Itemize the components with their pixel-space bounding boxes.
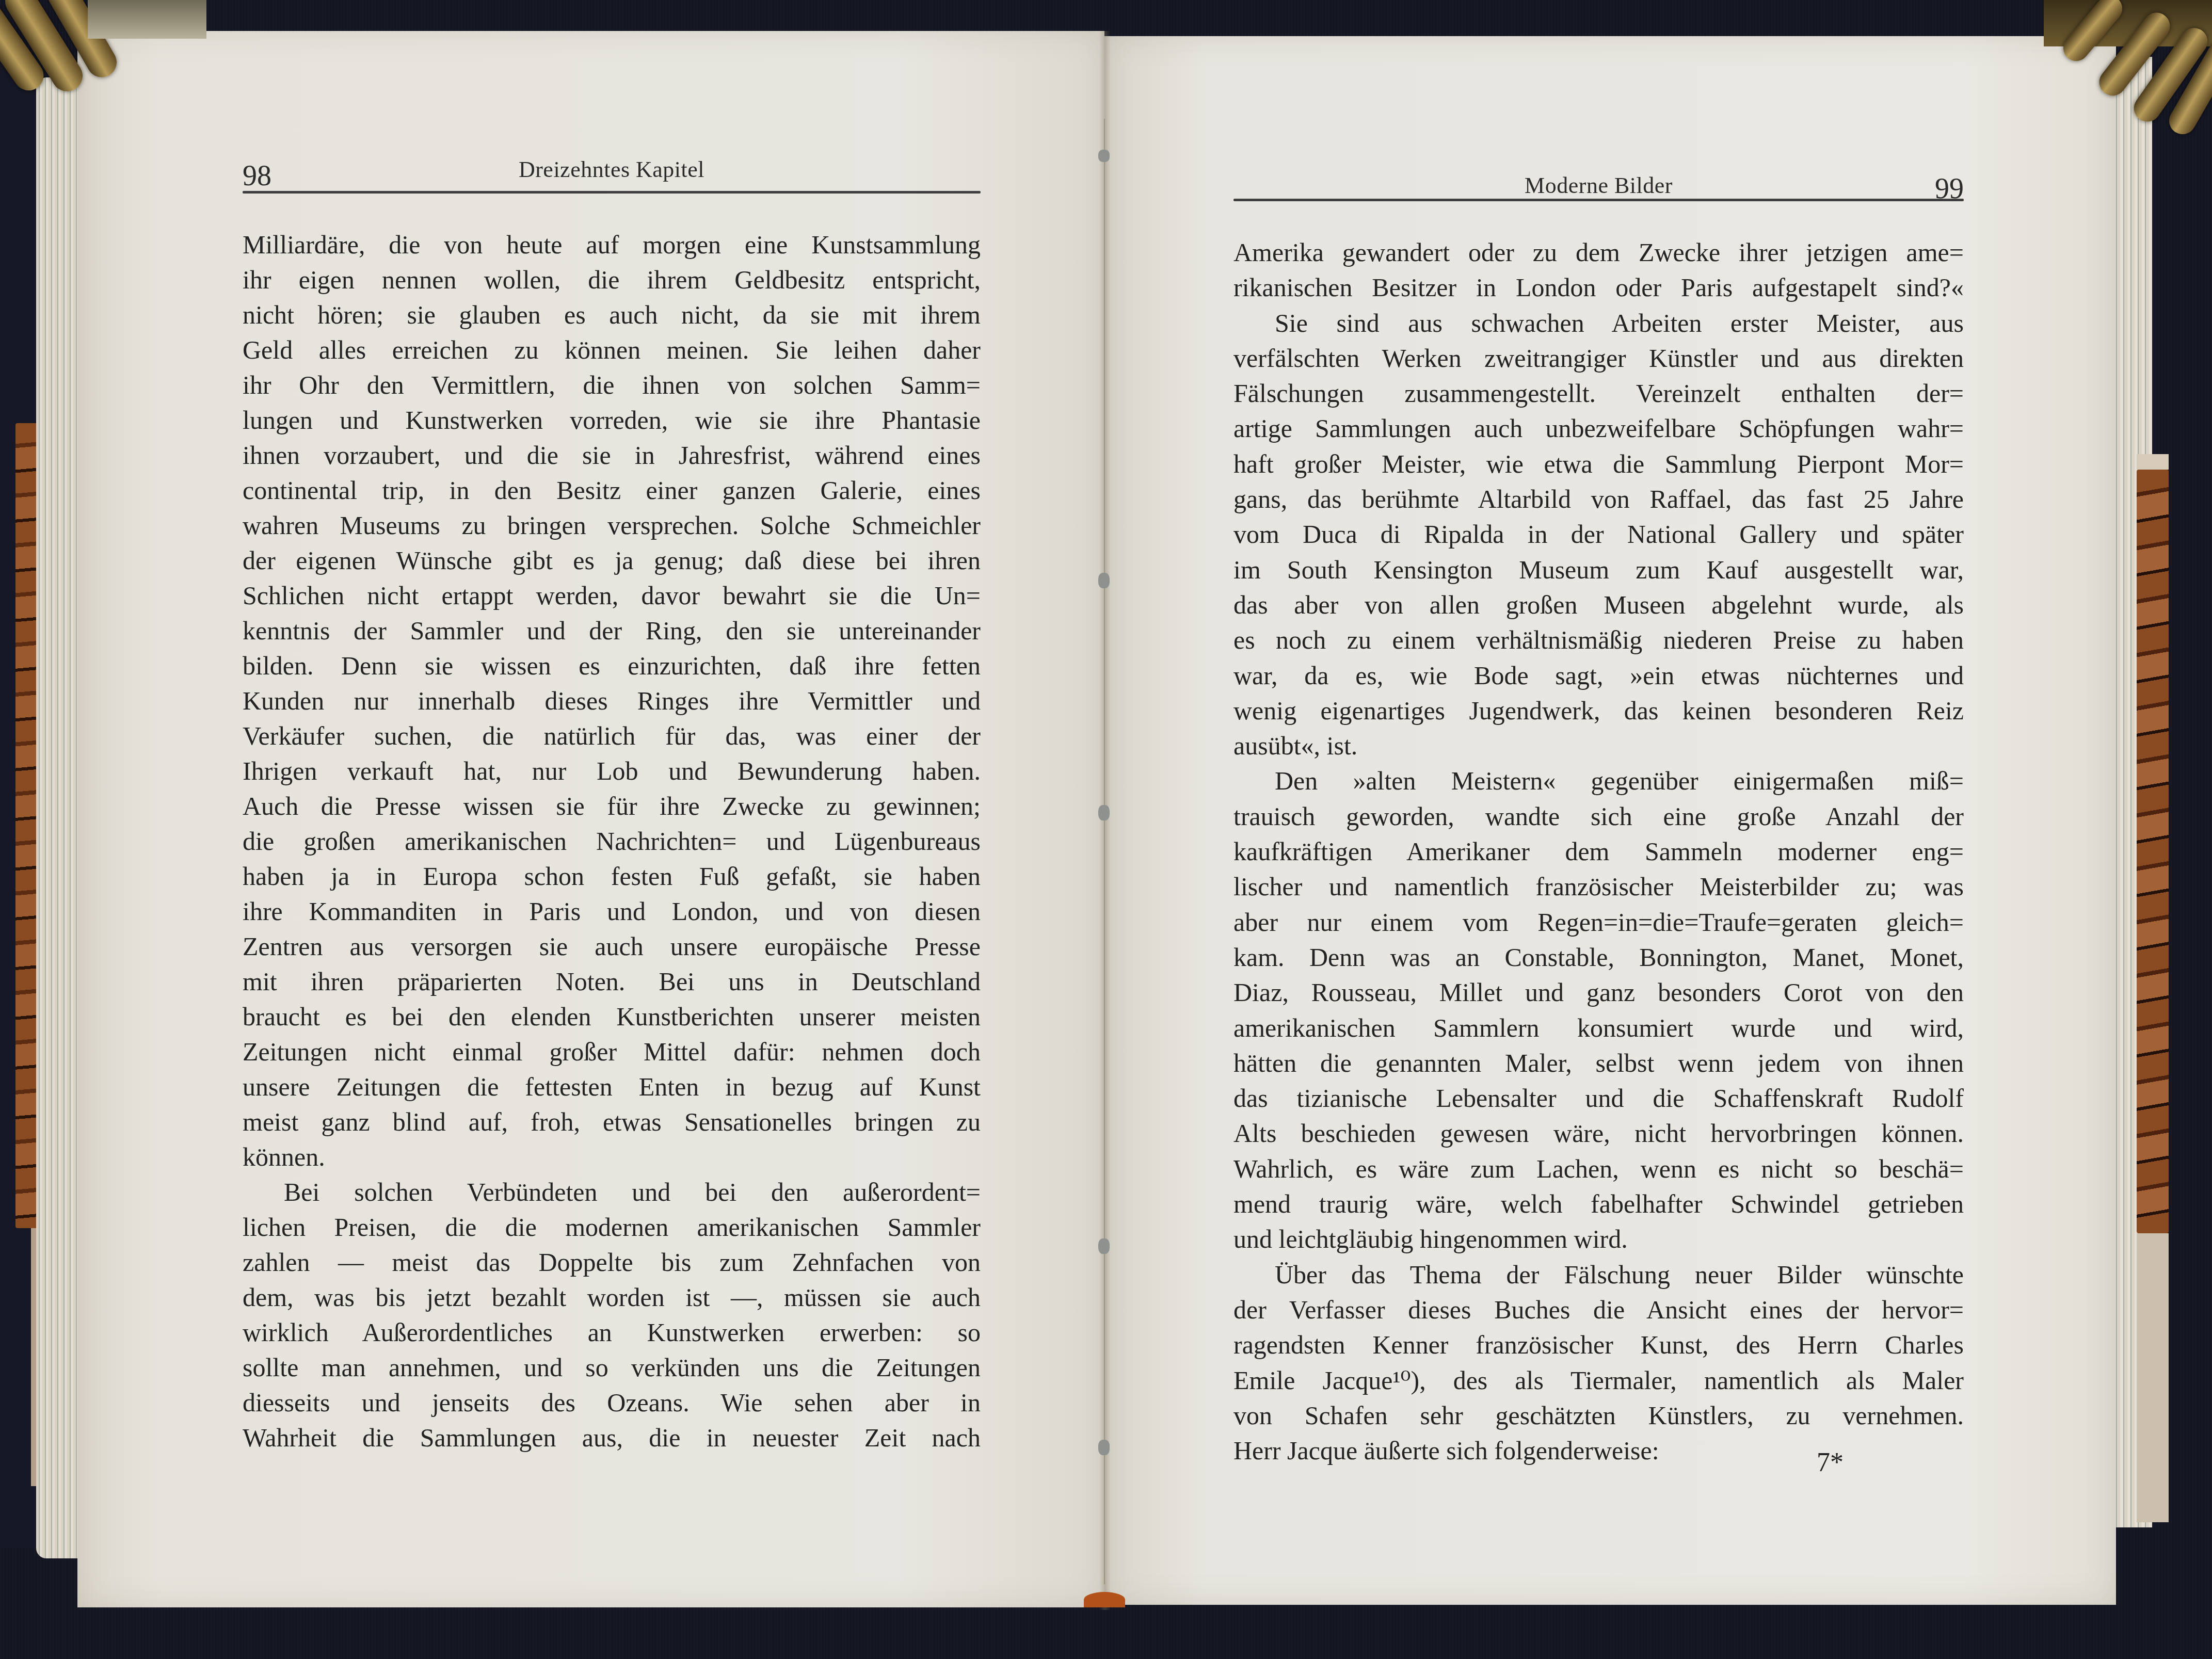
section-title: Moderne Bilder bbox=[1233, 172, 1964, 199]
text-line: haben ja in Europa schon festen Fuß gefa… bbox=[243, 859, 981, 894]
text-line: rikanischen Besitzer in London oder Pari… bbox=[1233, 270, 1964, 305]
text-line: ausübt«, ist. bbox=[1233, 728, 1964, 763]
book-gutter bbox=[1099, 31, 1111, 1610]
text-line: Ihrigen verkauft hat, nur Lob und Bewund… bbox=[243, 753, 981, 788]
text-line: Auch die Presse wissen sie für ihre Zwec… bbox=[243, 788, 981, 824]
text-line: Über das Thema der Fälschung neuer Bilde… bbox=[1233, 1257, 1964, 1292]
text-line: artige Sammlungen auch unbezweifelbare S… bbox=[1233, 411, 1964, 446]
text-line: Wahrheit die Sammlungen aus, die in neue… bbox=[243, 1420, 981, 1455]
text-line: lichen Preisen, die die modernen amerika… bbox=[243, 1210, 981, 1245]
text-line: gans, das berühmte Altarbild von Raffael… bbox=[1233, 481, 1964, 517]
text-line: wirklich Außerordentliches an Kunstwerke… bbox=[243, 1315, 981, 1350]
binding-stitch bbox=[1098, 150, 1110, 162]
text-line: ihr Ohr den Vermittlern, die ihnen von s… bbox=[243, 367, 981, 402]
text-line: ihr eigen nennen wollen, die ihrem Geldb… bbox=[243, 262, 981, 297]
text-line: können. bbox=[243, 1139, 981, 1174]
text-line: diesseits und jenseits des Ozeans. Wie s… bbox=[243, 1385, 981, 1420]
text-line: kam. Denn was an Constable, Bonnington, … bbox=[1233, 940, 1964, 975]
text-line: das tizianische Lebensalter und die Scha… bbox=[1233, 1081, 1964, 1116]
text-line: haft großer Meister, wie etwa die Sammlu… bbox=[1233, 446, 1964, 481]
text-line: ihnen vorzaubert, und die sie in Jahresf… bbox=[243, 438, 981, 473]
text-line: sollte man annehmen, und so verkünden un… bbox=[243, 1350, 981, 1385]
text-line: und leichtgläubig hingenommen wird. bbox=[1233, 1221, 1964, 1257]
text-line: ihre Kommanditen in Paris und London, un… bbox=[243, 894, 981, 929]
text-line: zahlen — meist das Doppelte bis zum Zehn… bbox=[243, 1245, 981, 1280]
text-line: Kunden nur innerhalb dieses Ringes ihre … bbox=[243, 683, 981, 718]
brass-clip-left-icon bbox=[0, 0, 134, 119]
text-line: Emile Jacque¹⁰), des als Tiermaler, name… bbox=[1233, 1363, 1964, 1398]
text-line: Diaz, Rousseau, Millet und ganz besonder… bbox=[1233, 975, 1964, 1010]
text-line: amerikanischen Sammlern konsumiert wurde… bbox=[1233, 1010, 1964, 1045]
header-rule bbox=[243, 191, 981, 194]
spine-headband bbox=[1084, 1592, 1125, 1607]
text-line: im South Kensington Museum zum Kauf ausg… bbox=[1233, 552, 1964, 587]
text-line: Fälschungen zusammengestellt. Vereinzelt… bbox=[1233, 376, 1964, 411]
text-line: Zeitungen nicht einmal großer Mittel daf… bbox=[243, 1034, 981, 1069]
text-line: der Verfasser dieses Buches die Ansicht … bbox=[1233, 1292, 1964, 1327]
text-line: Wahrlich, es wäre zum Lachen, wenn es ni… bbox=[1233, 1151, 1964, 1186]
text-line: wahren Museums zu bringen versprechen. S… bbox=[243, 508, 981, 543]
running-head-right: Moderne Bilder 99 bbox=[1233, 160, 1964, 201]
chapter-title: Dreizehntes Kapitel bbox=[243, 156, 981, 183]
text-line: bilden. Denn sie wissen es einzurichten,… bbox=[243, 648, 981, 683]
binding-stitch bbox=[1098, 573, 1110, 588]
binding-stitch bbox=[1098, 805, 1110, 820]
gutter-fold bbox=[1104, 119, 1105, 1584]
text-line: wenig eigenartiges Jugendwerk, das keine… bbox=[1233, 693, 1964, 728]
text-line: Milliardäre, die von heute auf morgen ei… bbox=[243, 227, 981, 262]
signature-mark: 7* bbox=[1817, 1447, 1844, 1478]
text-line: lungen und Kunstwerken vorreden, wie sie… bbox=[243, 402, 981, 438]
text-line: es noch zu einem verhältnismäßig niedere… bbox=[1233, 622, 1964, 657]
text-line: verfälschten Werken zweitrangiger Künstl… bbox=[1233, 341, 1964, 376]
text-line: vom Duca di Ripalda in der National Gall… bbox=[1233, 517, 1964, 552]
binding-stitch bbox=[1098, 1238, 1110, 1254]
header-rule bbox=[1233, 199, 1964, 201]
text-line: dem, was bis jetzt bezahlt worden ist —,… bbox=[243, 1280, 981, 1315]
binding-stitch bbox=[1098, 1440, 1110, 1455]
running-head-left: 98 Dreizehntes Kapitel bbox=[243, 152, 981, 194]
text-line: hätten die genannten Maler, selbst wenn … bbox=[1233, 1045, 1964, 1081]
text-line: war, da es, wie Bode sagt, »ein etwas nü… bbox=[1233, 658, 1964, 693]
text-line: Verkäufer suchen, die natürlich für das,… bbox=[243, 718, 981, 753]
text-line: der eigenen Wünsche gibt es ja genug; da… bbox=[243, 543, 981, 578]
text-line: von Schafen sehr geschätzten Künstlers, … bbox=[1233, 1398, 1964, 1433]
text-line: Den »alten Meistern« gegenüber einigerma… bbox=[1233, 763, 1964, 798]
marbled-endpaper-right bbox=[2137, 470, 2169, 1233]
text-line: mend traurig wäre, welch fabelhafter Sch… bbox=[1233, 1186, 1964, 1221]
text-line: Alts beschieden gewesen wäre, nicht herv… bbox=[1233, 1116, 1964, 1151]
text-line: aber nur einem vom Regen=in=die=Traufe=g… bbox=[1233, 905, 1964, 940]
text-line: Amerika gewandert oder zu dem Zwecke ihr… bbox=[1233, 235, 1964, 270]
clip-base bbox=[88, 0, 206, 39]
text-line: trauisch geworden, wandte sich eine groß… bbox=[1233, 799, 1964, 834]
text-line: das aber von allen großen Museen abgeleh… bbox=[1233, 587, 1964, 622]
text-line: ragendsten Kenner französischer Kunst, d… bbox=[1233, 1327, 1964, 1362]
text-line: Geld alles erreichen zu können meinen. S… bbox=[243, 332, 981, 367]
text-line: kenntnis der Sammler und der Ring, den s… bbox=[243, 613, 981, 648]
text-line: lischer und namentlich französischer Mei… bbox=[1233, 869, 1964, 904]
text-line: braucht es bei den elenden Kunstberichte… bbox=[243, 999, 981, 1034]
text-line: continental trip, in den Besitz einer ga… bbox=[243, 473, 981, 508]
left-page-body: Milliardäre, die von heute auf morgen ei… bbox=[243, 227, 981, 1455]
text-line: die großen amerikanischen Nachrichten= u… bbox=[243, 824, 981, 859]
cover-corner-right-top bbox=[2137, 454, 2169, 470]
text-line: mit ihren präparierten Noten. Bei uns in… bbox=[243, 964, 981, 999]
text-line: kaufkräftigen Amerikaner dem Sammeln mod… bbox=[1233, 834, 1964, 869]
brass-clip-right-icon bbox=[2002, 0, 2212, 155]
cover-corner-right-bottom bbox=[2137, 1233, 2169, 1522]
text-line: meist ganz blind auf, froh, etwas Sensat… bbox=[243, 1104, 981, 1139]
text-line: nicht hören; sie glauben es auch nicht, … bbox=[243, 297, 981, 332]
text-line: Herr Jacque äußerte sich folgenderweise: bbox=[1233, 1433, 1964, 1468]
right-page-body: Amerika gewandert oder zu dem Zwecke ihr… bbox=[1233, 235, 1964, 1468]
text-line: Bei solchen Verbündeten und bei den auße… bbox=[243, 1174, 981, 1210]
text-line: Sie sind aus schwachen Arbeiten erster M… bbox=[1233, 305, 1964, 341]
text-line: unsere Zeitungen die fettesten Enten in … bbox=[243, 1069, 981, 1104]
text-line: Zentren aus versorgen sie auch unsere eu… bbox=[243, 929, 981, 964]
text-line: Schlichen nicht ertappt werden, davor be… bbox=[243, 578, 981, 613]
